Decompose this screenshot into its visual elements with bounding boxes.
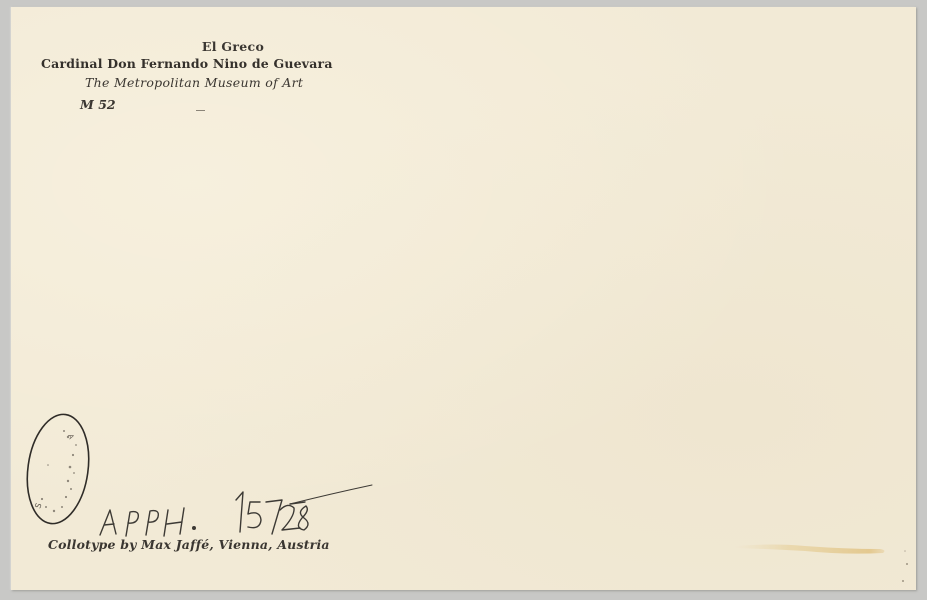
oval-stamp-icon: S A bbox=[18, 407, 94, 529]
page-background: El Greco Cardinal Don Fernando Nino de G… bbox=[0, 0, 927, 600]
catalog-code: M 52 bbox=[80, 97, 116, 112]
handwritten-inventory-number: APPH. 15728 bbox=[90, 480, 380, 545]
printer-credit: Collotype by Max Jaffé, Vienna, Austria bbox=[48, 537, 330, 552]
dust-specks bbox=[895, 548, 915, 588]
artist-name: El Greco bbox=[173, 39, 293, 54]
artwork-title: Cardinal Don Fernando Nino de Guevara bbox=[41, 56, 333, 71]
ink-mark bbox=[196, 110, 205, 111]
svg-text:A: A bbox=[66, 433, 75, 440]
svg-text:S: S bbox=[33, 502, 43, 510]
water-stain bbox=[735, 540, 890, 556]
collection-name: The Metropolitan Museum of Art bbox=[85, 75, 303, 90]
